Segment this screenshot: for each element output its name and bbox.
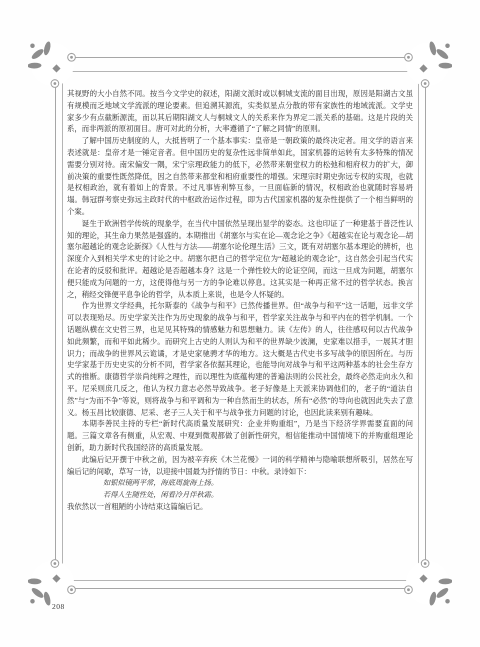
body-paragraph: 本期李善民主持的专栏“新时代高质量发展研究：企业并购重组”，乃是当下经济学界需要…	[67, 418, 413, 453]
poem-line: 若得人生随性处，闲看冷月伴秋霜。	[67, 490, 413, 501]
editorial-text-block: 其视野的大小自然不同。按当今文学史的叙述，阳湖文派时或以桐城支流的面目出现，原因…	[67, 88, 413, 513]
corner-flourish-icon-bottom-right	[388, 543, 452, 607]
body-paragraph: 其视野的大小自然不同。按当今文学史的叙述，阳湖文派时或以桐城支流的面目出现，原因…	[67, 88, 413, 135]
poem-line: 如银似镜两平常，海底周旋海上扬。	[67, 478, 413, 489]
book-page: 其视野的大小自然不同。按当今文学史的叙述，阳湖文派时或以桐城支流的面目出现，原因…	[0, 0, 480, 647]
body-paragraph: 作为世界文学经典，托尔斯泰的《战争与和平》已然传播世界。但“战争与和平”这一话题…	[67, 300, 413, 418]
body-paragraph: 诞生于欧洲哲学传统的现象学，在当代中国依然呈现出显学的姿态。这也印证了一种建基于…	[67, 218, 413, 301]
body-paragraph: 了解中国历史制度的人，大抵皆明了一个基本事实：皇帝是一朝政策的最终决定者。用文学…	[67, 135, 413, 218]
page-number: 208	[52, 602, 65, 611]
corner-flourish-icon-bottom-left	[28, 543, 92, 607]
closing-line: 我依然以一首粗陋的小诗结束这篇编后记。	[67, 501, 413, 513]
body-paragraph: 此编后记开撰于中秋之前，因为被辛弃疾《木兰花慢》一词的科学精神与隐喻联想所吸引，…	[67, 454, 413, 478]
